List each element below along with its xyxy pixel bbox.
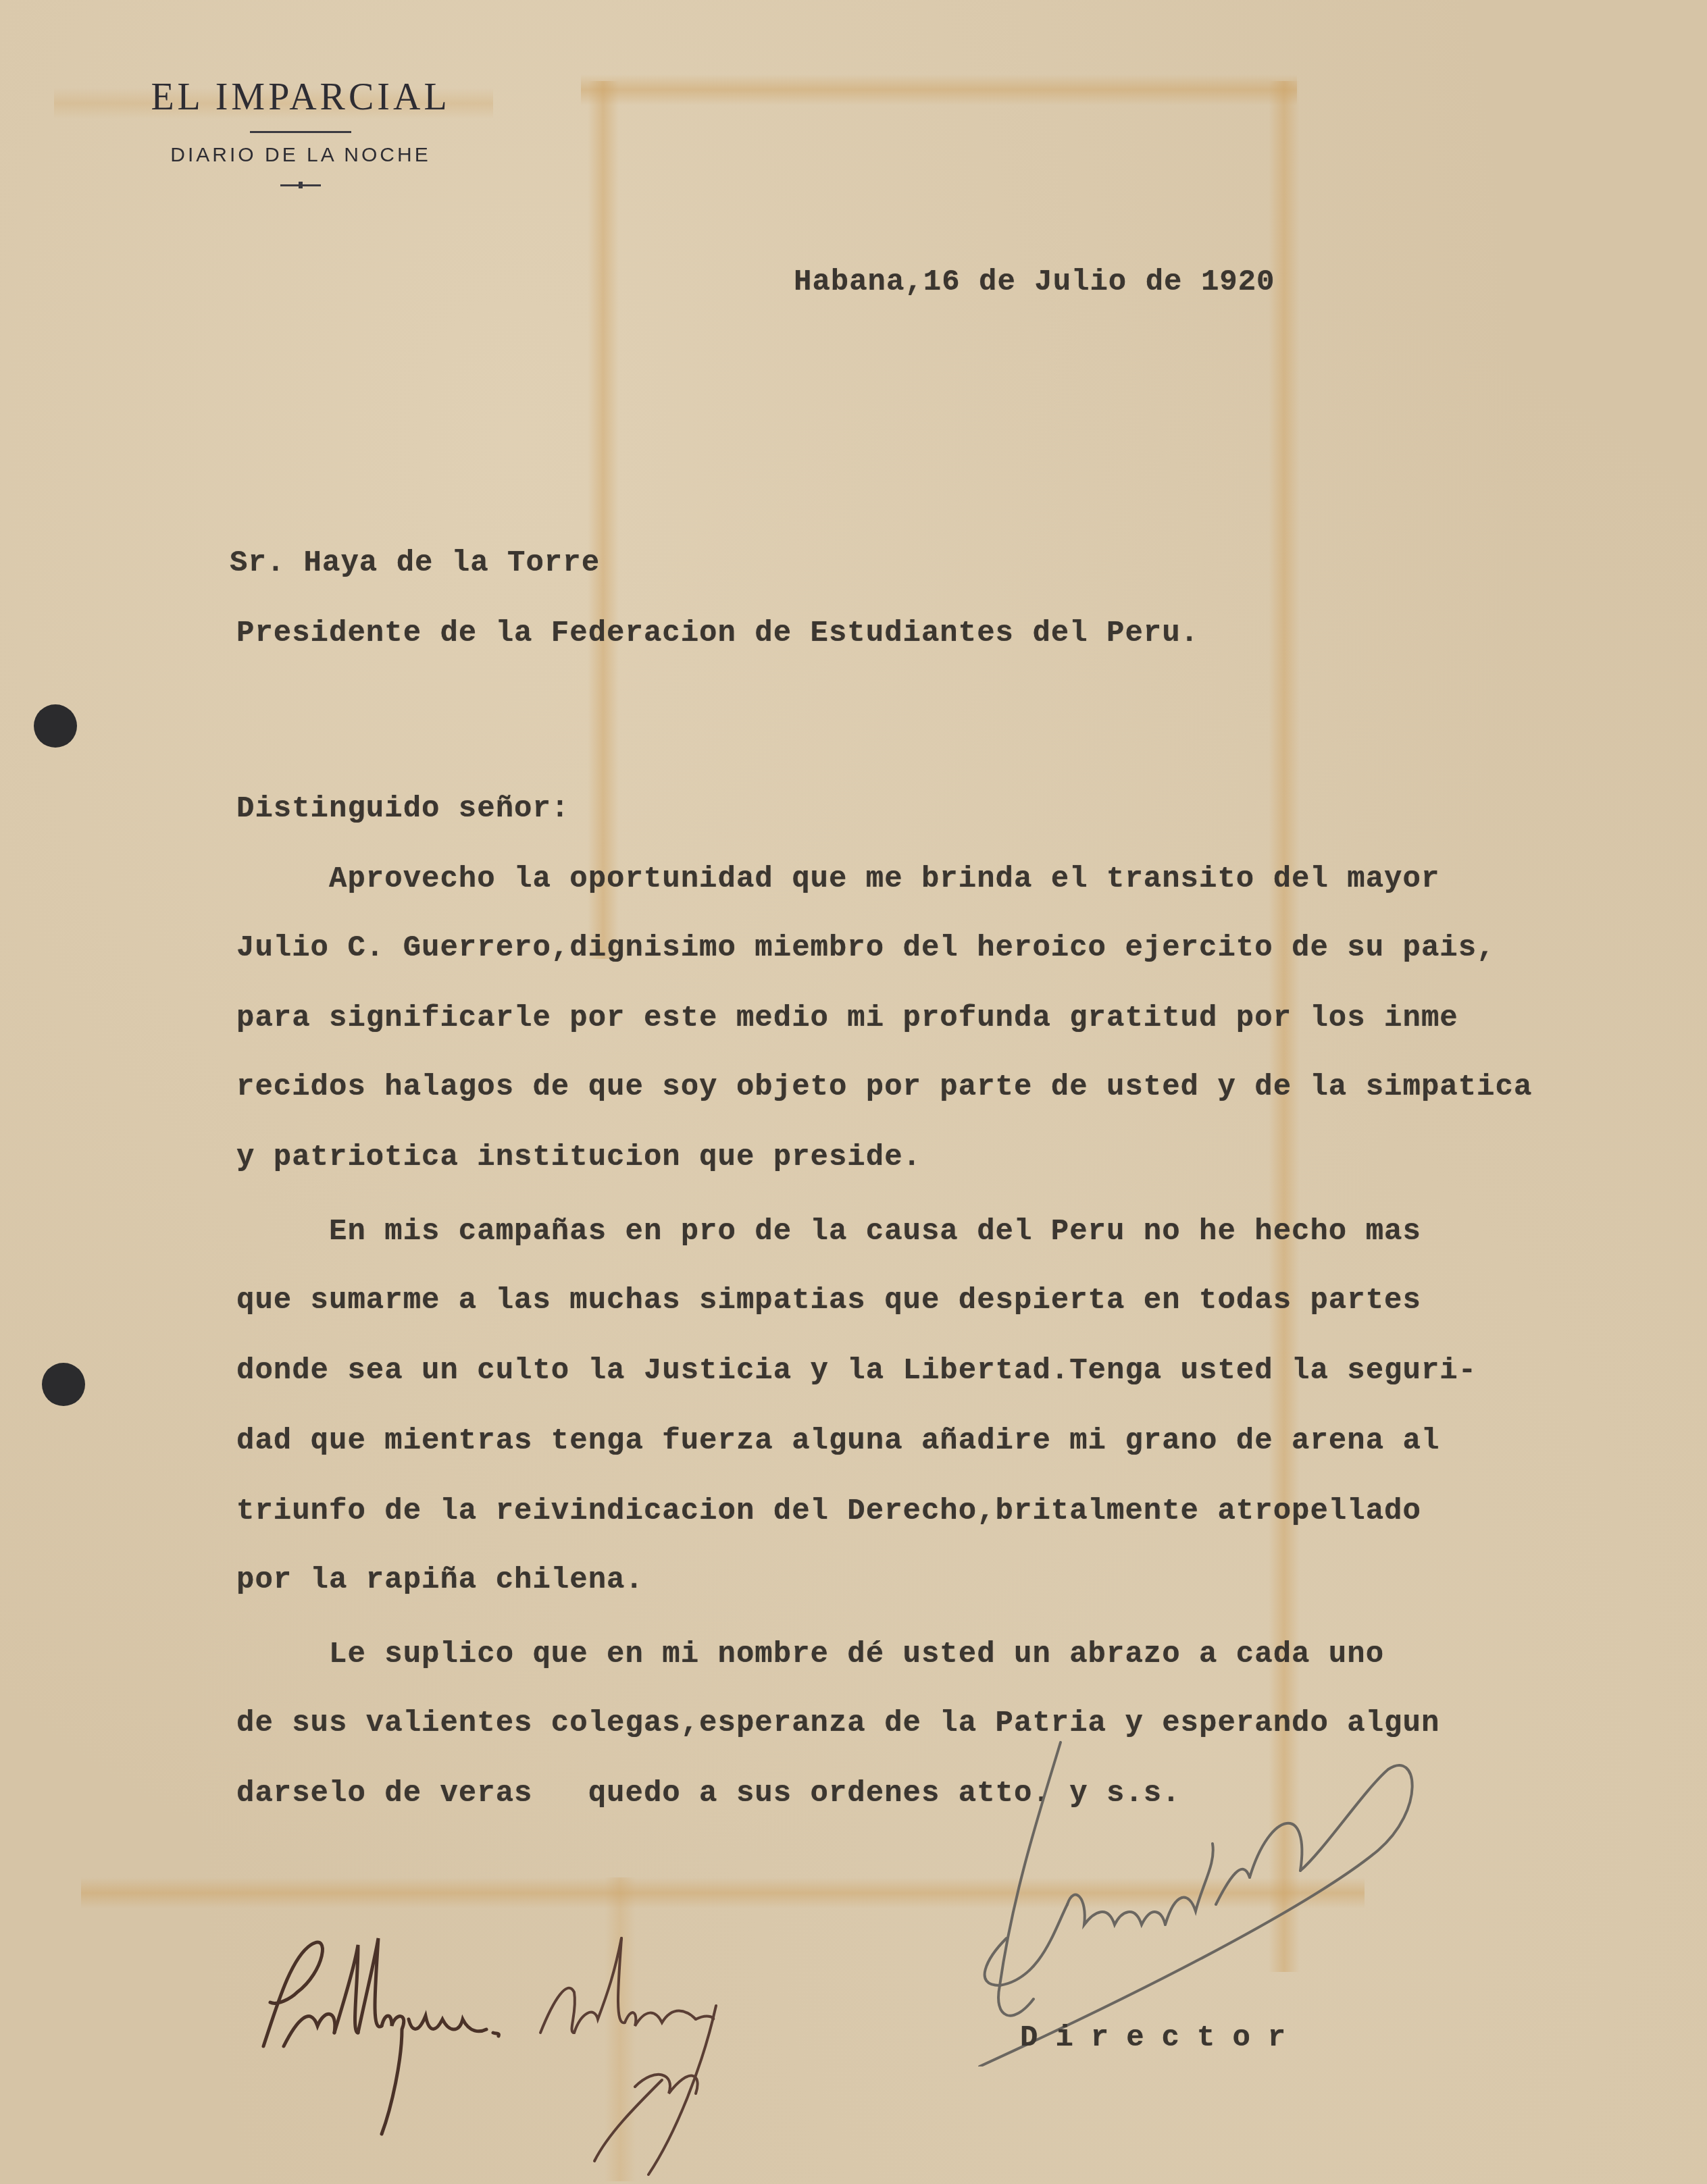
punch-hole-bottom [42, 1363, 85, 1406]
recipient-name: Sr. Haya de la Torre [230, 546, 600, 581]
paper-stain-top [581, 74, 1297, 105]
letterhead-rule [250, 131, 351, 133]
newspaper-title: EL IMPARCIAL [108, 76, 493, 119]
body-line: Le suplico que en mi nombre dé usted un … [236, 1637, 1384, 1672]
body-line: recidos halagos de que soy objeto por pa… [236, 1070, 1532, 1105]
body-line: de sus valientes colegas,esperanza de la… [236, 1706, 1440, 1741]
body-line: darselo de veras quedo a sus ordenes att… [236, 1776, 1181, 1811]
body-line: donde sea un culto la Justicia y la Libe… [236, 1353, 1477, 1388]
paper-stain-bottom [81, 1877, 1365, 1908]
body-line: dad que mientras tenga fuerza alguna aña… [236, 1424, 1440, 1459]
letterhead: EL IMPARCIAL DIARIO DE LA NOCHE [108, 76, 493, 186]
body-line: por la rapiña chilena. [236, 1563, 644, 1598]
body-line: Aprovecho la oportunidad que me brinda e… [236, 862, 1440, 897]
paper-stain-lower-left [605, 1877, 636, 2181]
letterhead-ornament [280, 184, 321, 186]
letter-date: Habana,16 de Julio de 1920 [794, 265, 1275, 300]
body-line: En mis campañas en pro de la causa del P… [236, 1214, 1421, 1249]
salutation: Distinguido señor: [236, 791, 569, 827]
signature-title: Director [1020, 2021, 1303, 2056]
body-line: Julio C. Guerrero,dignisimo miembro del … [236, 931, 1496, 966]
body-line: triunfo de la reivindicacion del Derecho… [236, 1494, 1421, 1529]
recipient-title: Presidente de la Federacion de Estudiant… [236, 616, 1199, 651]
newspaper-subtitle: DIARIO DE LA NOCHE [108, 144, 493, 167]
handwritten-annotation [257, 1931, 905, 2181]
paper-stain-left [588, 81, 619, 959]
body-line: y patriotica institucion que preside. [236, 1140, 921, 1175]
punch-hole-top [34, 704, 77, 748]
body-line: que sumarme a las muchas simpatias que d… [236, 1283, 1421, 1318]
body-line: para significarle por este medio mi prof… [236, 1001, 1458, 1036]
